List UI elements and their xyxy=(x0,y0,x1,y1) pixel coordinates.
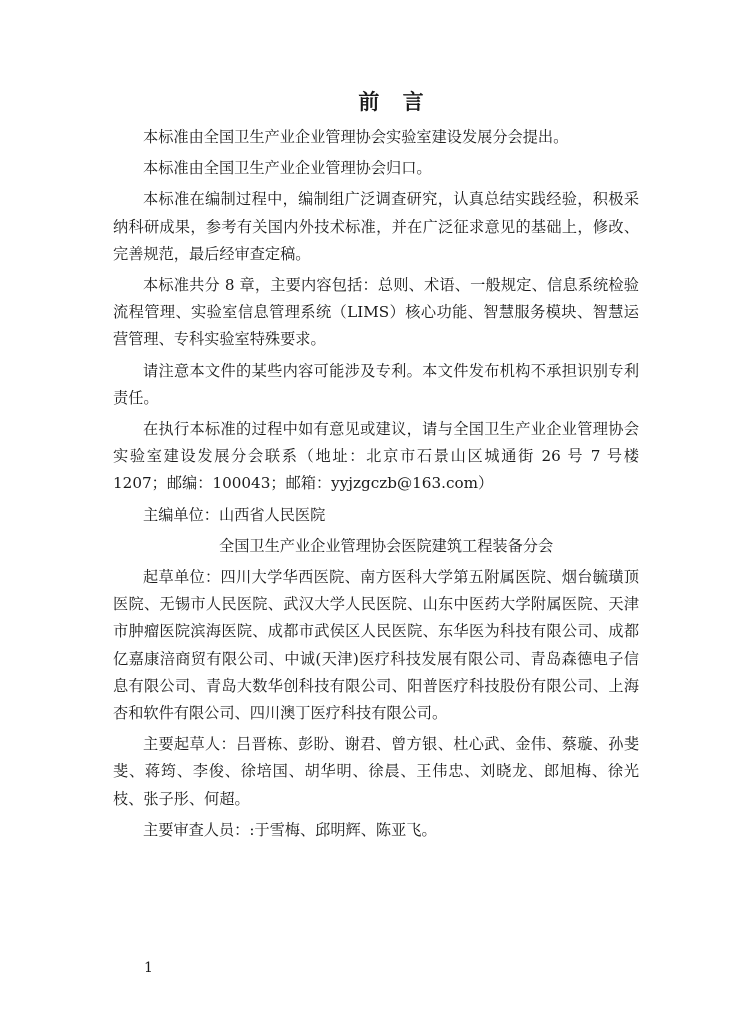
paragraph-chief-editor-second: 全国卫生产业企业管理协会医院建筑工程装备分会 xyxy=(113,533,639,560)
paragraph-compilation-process: 本标准在编制过程中，编制组广泛调查研究，认真总结实践经验，积极采纳科研成果，参考… xyxy=(113,186,639,268)
paragraph-contact-info: 在执行本标准的过程中如有意见或建议，请与全国卫生产业企业管理协会实验室建设发展分… xyxy=(113,416,639,498)
paragraph-main-drafters: 主要起草人：吕晋栋、彭盼、谢君、曾方银、杜心武、金伟、蔡璇、孙斐斐、蒋筠、李俊、… xyxy=(113,731,639,813)
document-body: 本标准由全国卫生产业企业管理协会实验室建设发展分会提出。 本标准由全国卫生产业企… xyxy=(113,124,639,848)
paragraph-patent-notice: 请注意本文件的某些内容可能涉及专利。本文件发布机构不承担识别专利责任。 xyxy=(113,358,639,412)
paragraph-contents-summary: 本标准共分 8 章，主要内容包括：总则、术语、一般规定、信息系统检验流程管理、实… xyxy=(113,272,639,354)
page-number: 1 xyxy=(144,960,153,976)
page-title: 前 言 xyxy=(0,86,750,116)
paragraph-drafting-units: 起草单位：四川大学华西医院、南方医科大学第五附属医院、烟台毓璜顶医院、无锡市人民… xyxy=(113,564,639,727)
paragraph-centralized-by: 本标准由全国卫生产业企业管理协会归口。 xyxy=(113,155,639,182)
paragraph-proposed-by: 本标准由全国卫生产业企业管理协会实验室建设发展分会提出。 xyxy=(113,124,639,151)
paragraph-chief-editor: 主编单位：山西省人民医院 xyxy=(113,502,639,529)
paragraph-main-reviewers: 主要审查人员：:于雪梅、邱明辉、陈亚飞。 xyxy=(113,817,639,844)
